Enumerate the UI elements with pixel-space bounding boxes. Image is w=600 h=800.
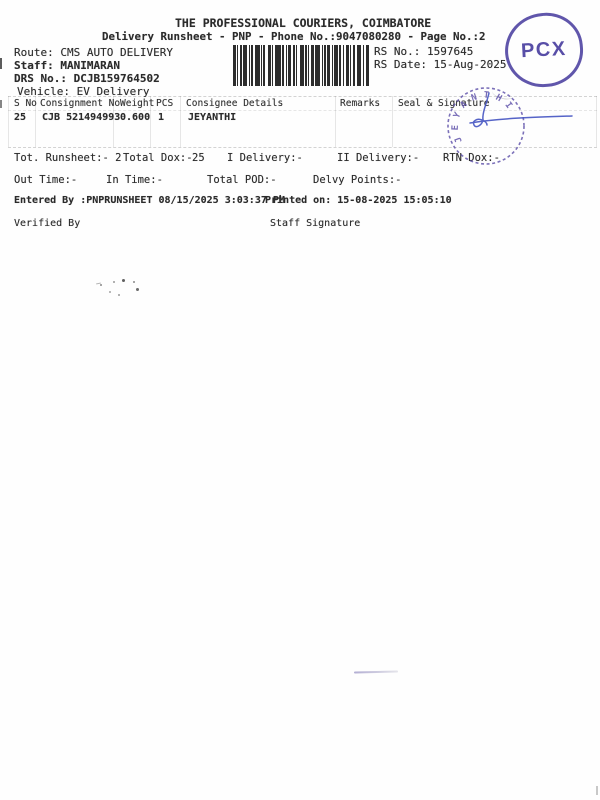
- column-header-consignment: Consignment No: [40, 99, 120, 110]
- seal-stamp: JEYANTHI: [440, 80, 590, 175]
- scan-edge-mark: [0, 100, 2, 108]
- row-cell-consignee: JEYANTHI: [188, 112, 236, 124]
- svg-text:JEYANTHI: JEYANTHI: [451, 91, 518, 144]
- in-time-text: In Time:-: [106, 174, 163, 186]
- total-dox-label: Total Dox:-: [123, 152, 193, 164]
- table-border-right: [596, 96, 597, 147]
- rs-number-text: RS No.: 1597645: [374, 46, 473, 59]
- row-cell-consignment: CJB 521494993: [42, 112, 120, 124]
- drs-barcode: [233, 45, 370, 86]
- scan-edge-mark: [596, 786, 598, 795]
- verified-by-label: Verified By: [14, 218, 80, 230]
- rs-date-text: RS Date: 15-Aug-2025: [374, 59, 506, 72]
- row-cell-weight: 0.600: [120, 112, 150, 124]
- column-divider: [392, 96, 393, 147]
- row-cell-sno: 25: [14, 112, 26, 124]
- pcx-stamp-label: PCX: [521, 37, 568, 62]
- column-divider: [335, 96, 336, 147]
- row-cell-pcs: 1: [158, 112, 164, 124]
- table-border-left: [8, 96, 9, 147]
- column-divider: [180, 96, 181, 147]
- runsheet-subtitle: Delivery Runsheet - PNP - Phone No.:9047…: [102, 31, 486, 43]
- column-header-remarks: Remarks: [340, 99, 380, 110]
- total-dox-value: 25: [192, 152, 205, 164]
- scan-edge-mark: [0, 58, 2, 69]
- seal-ring-text: JEYANTHI: [451, 91, 518, 144]
- scan-line-artifact: [354, 671, 398, 674]
- column-header-sno: S No: [14, 99, 37, 110]
- pcx-stamp: PCX: [502, 10, 586, 91]
- printed-on-text: Printed on: 15-08-2025 15:05:10: [265, 195, 452, 207]
- scanned-runsheet-page: THE PROFESSIONAL COURIERS, COIMBATORE De…: [0, 0, 600, 800]
- total-pod-text: Total POD:-: [207, 174, 277, 186]
- column-header-pcs: PCS: [156, 99, 173, 110]
- ii-delivery-text: II Delivery:-: [337, 152, 419, 164]
- delvy-points-text: Delvy Points:-: [313, 174, 402, 186]
- i-delivery-text: I Delivery:-: [227, 152, 303, 164]
- route-text: Route: CMS AUTO DELIVERY: [14, 47, 173, 60]
- staff-signature-label: Staff Signature: [270, 218, 360, 230]
- column-header-consignee: Consignee Details: [186, 99, 283, 110]
- entered-by-text: Entered By :PNPRUNSHEET 08/15/2025 3:03:…: [14, 195, 285, 207]
- out-time-text: Out Time:-: [14, 174, 77, 186]
- staff-text: Staff: MANIMARAN: [14, 60, 120, 73]
- column-header-weight: Weight: [120, 99, 154, 110]
- company-title: THE PROFESSIONAL COURIERS, COIMBATORE: [175, 17, 431, 30]
- drs-number-text: DRS No.: DCJB159764502: [14, 73, 160, 86]
- tot-runsheet-text: Tot. Runsheet:- 2: [14, 152, 121, 164]
